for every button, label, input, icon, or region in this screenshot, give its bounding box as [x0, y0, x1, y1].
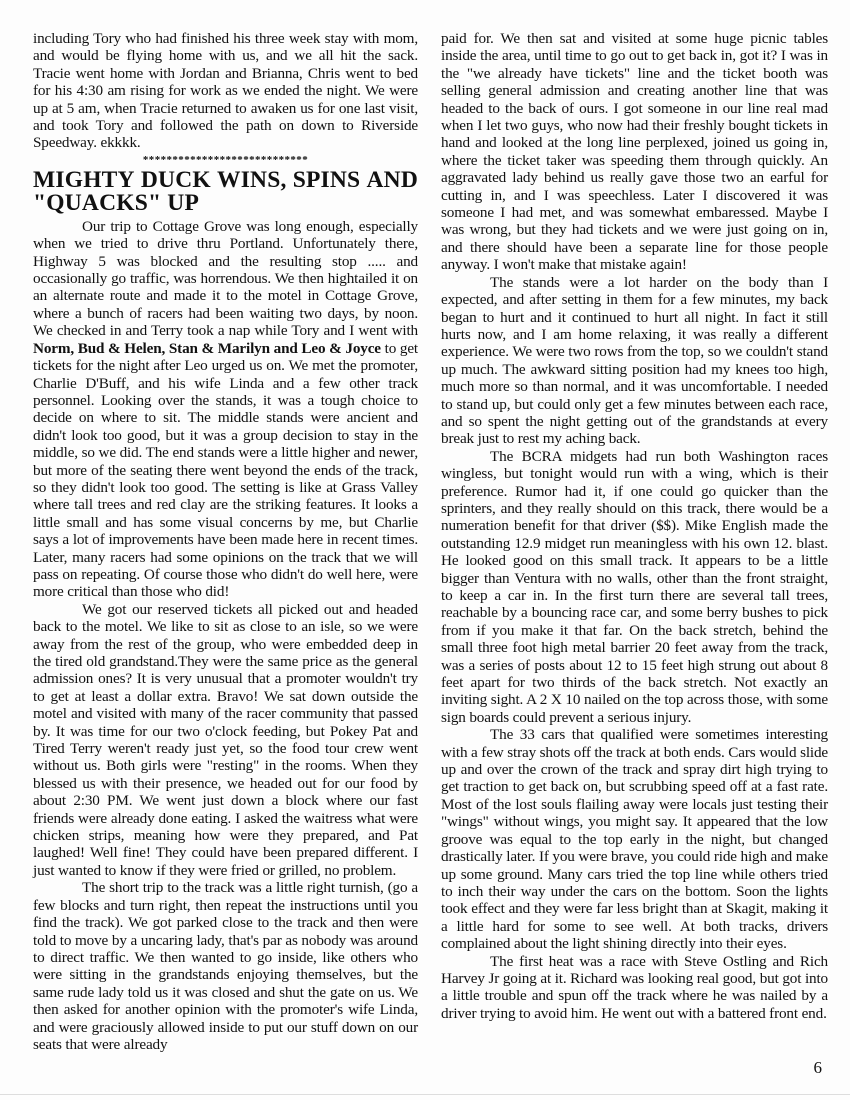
article-paragraph: Our trip to Cottage Grove was long enoug…: [33, 218, 418, 601]
headline-word: WINS,: [217, 169, 287, 192]
headline-word: MIGHTY: [33, 169, 135, 192]
article-paragraph: The first heat was a race with Steve Ost…: [441, 953, 828, 1023]
right-column: paid for. We then sat and visited at som…: [441, 30, 828, 1022]
paragraph-text: Our trip to Cottage Grove was long enoug…: [33, 218, 418, 339]
headline-word: DUCK: [141, 169, 211, 192]
bold-names: Norm, Bud & Helen, Stan & Marilyn and Le…: [33, 340, 381, 357]
paragraph-text: to get tickets for the night after Leo u…: [33, 340, 418, 601]
section-separator: ****************************: [33, 153, 418, 167]
newsletter-page: including Tory who had finished his thre…: [0, 0, 850, 1100]
page-number: 6: [814, 1058, 823, 1078]
left-column: including Tory who had finished his thre…: [33, 30, 418, 1053]
article-paragraph: The short trip to the track was a little…: [33, 879, 418, 1053]
headline-line-2: "QUACKS" UP: [33, 192, 418, 215]
headline-line-1: MIGHTY DUCK WINS, SPINS AND: [33, 169, 418, 192]
continued-paragraph: paid for. We then sat and visited at som…: [441, 30, 828, 274]
article-paragraph: The BCRA midgets had run both Washington…: [441, 448, 828, 727]
headline-word: SPINS: [293, 169, 361, 192]
page-bottom-edge: [0, 1094, 850, 1095]
article-paragraph: The stands were a lot harder on the body…: [441, 274, 828, 448]
continued-paragraph: including Tory who had finished his thre…: [33, 30, 418, 152]
headline-word: AND: [366, 169, 418, 192]
article-paragraph: We got our reserved tickets all picked o…: [33, 601, 418, 880]
article-paragraph: The 33 cars that qualified were sometime…: [441, 726, 828, 952]
article-headline: MIGHTY DUCK WINS, SPINS AND "QUACKS" UP: [33, 169, 418, 215]
